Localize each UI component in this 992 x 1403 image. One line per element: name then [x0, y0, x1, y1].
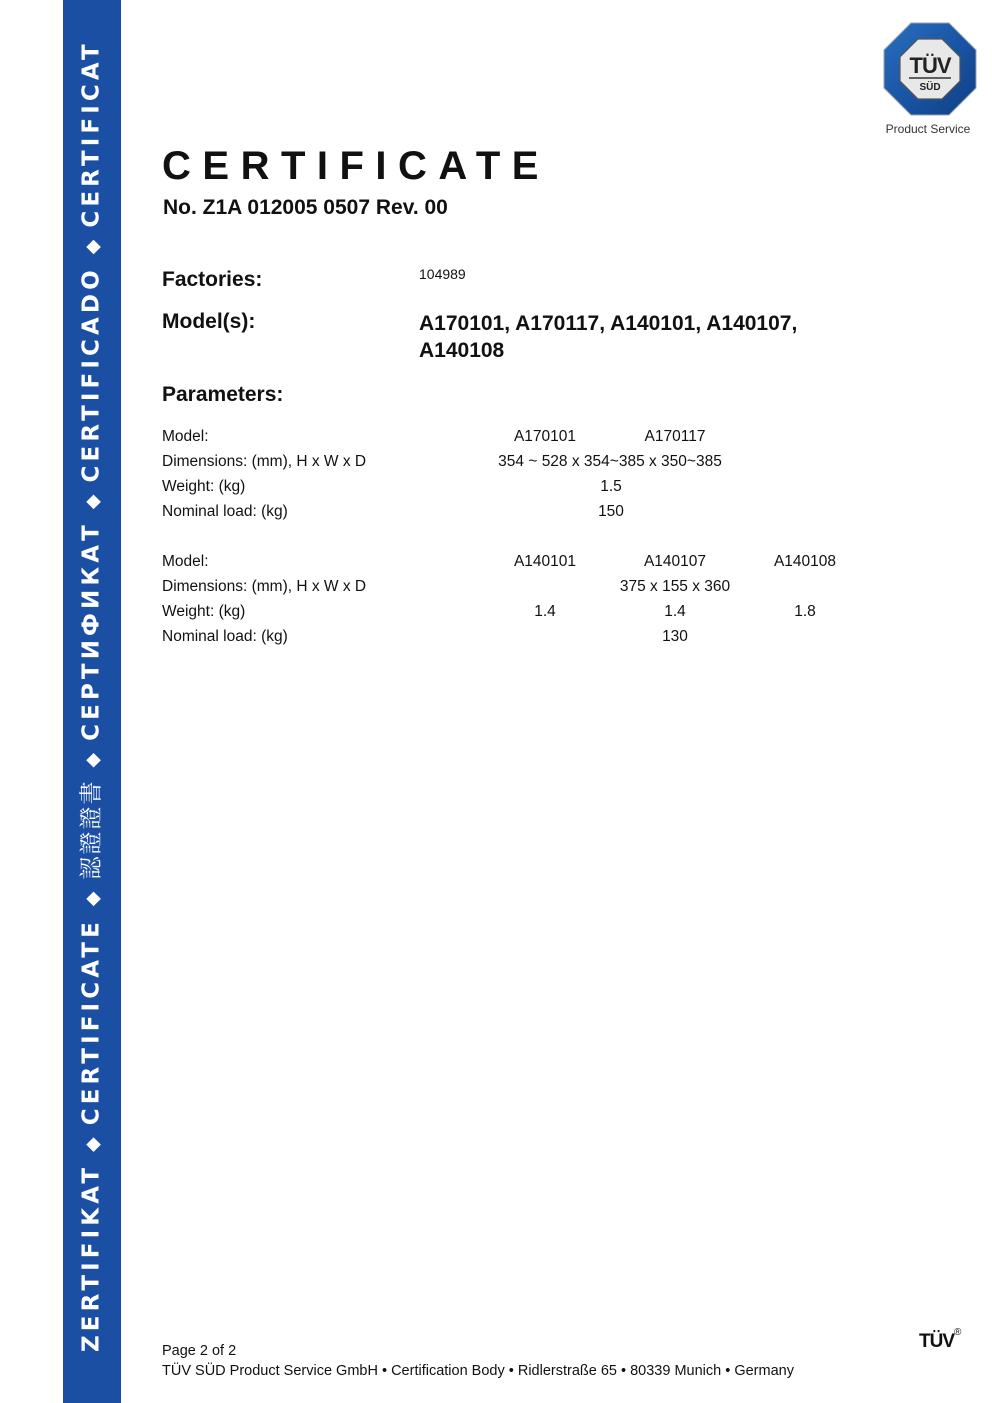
certificate-number: No. Z1A 012005 0507 Rev. 00: [163, 196, 448, 220]
table-row: Model: A140101 A140107 A140108: [162, 553, 862, 573]
diamond-icon: ◆: [84, 753, 103, 768]
diamond-icon: ◆: [84, 1137, 103, 1152]
svg-text:TÜV: TÜV: [910, 53, 952, 78]
table-row: Model: A170101 A170117: [162, 428, 862, 448]
tuv-mark: TÜV®: [919, 1331, 961, 1353]
tuv-sud-logo-icon: TÜV SÜD: [883, 22, 977, 116]
models-label: Model(s):: [162, 310, 255, 334]
diamond-icon: ◆: [84, 891, 103, 906]
cell: 1.4: [534, 603, 556, 621]
cell: A170117: [645, 428, 706, 446]
cell: A140108: [774, 553, 836, 571]
row-label: Weight: (kg): [162, 603, 245, 621]
cell: 150: [598, 503, 624, 521]
cell: 1.4: [664, 603, 686, 621]
side-band-text: ZERTIFIKAT◆CERTIFICATE◆認證證書◆СЕРТИФИКАТ◆C…: [81, 40, 104, 1352]
certificate-title: CERTIFICATE: [162, 146, 550, 186]
band-word: CERTIFICATE: [79, 918, 105, 1125]
cell: A140101: [514, 553, 576, 571]
page-number: Page 2 of 2: [162, 1343, 236, 1359]
band-word: 認證證書: [79, 779, 105, 879]
table-row: Nominal load: (kg) 150: [162, 503, 862, 523]
factories-value: 104989: [419, 266, 466, 282]
row-label: Nominal load: (kg): [162, 503, 288, 521]
cell: 1.5: [600, 478, 622, 496]
table-row: Weight: (kg) 1.4 1.4 1.8: [162, 603, 862, 623]
row-label: Weight: (kg): [162, 478, 245, 496]
cell: 354 ~ 528 x 354~385 x 350~385: [498, 453, 722, 471]
table-row: Nominal load: (kg) 130: [162, 628, 862, 648]
cell: 1.8: [794, 603, 816, 621]
row-label: Model:: [162, 428, 209, 446]
diamond-icon: ◆: [84, 494, 103, 509]
row-label: Model:: [162, 553, 209, 571]
svg-text:SÜD: SÜD: [919, 80, 940, 93]
cell: 130: [662, 628, 688, 646]
band-word: ZERTIFIKAT: [79, 1164, 105, 1352]
row-label: Dimensions: (mm), H x W x D: [162, 578, 366, 596]
logo-caption: Product Service: [862, 122, 992, 136]
cell: A140107: [644, 553, 706, 571]
cell: 375 x 155 x 360: [620, 578, 730, 596]
factories-label: Factories:: [162, 268, 262, 292]
band-word: CERTIFICAT: [79, 40, 105, 227]
tuv-mark-text: TÜV: [919, 1331, 954, 1352]
footer-address: TÜV SÜD Product Service GmbH • Certifica…: [162, 1363, 794, 1379]
diamond-icon: ◆: [84, 240, 103, 255]
cell: A170101: [514, 428, 576, 446]
row-label: Nominal load: (kg): [162, 628, 288, 646]
registered-mark: ®: [954, 1327, 961, 1338]
table-row: Weight: (kg) 1.5: [162, 478, 862, 498]
table-row: Dimensions: (mm), H x W x D 375 x 155 x …: [162, 578, 862, 598]
band-word: СЕРТИФИКАТ: [79, 521, 105, 741]
band-word: CERTIFICADO: [79, 266, 105, 482]
row-label: Dimensions: (mm), H x W x D: [162, 453, 366, 471]
parameters-label: Parameters:: [162, 383, 283, 407]
table-row: Dimensions: (mm), H x W x D 354 ~ 528 x …: [162, 453, 862, 473]
models-value: A170101, A170117, A140101, A140107, A140…: [419, 310, 879, 364]
